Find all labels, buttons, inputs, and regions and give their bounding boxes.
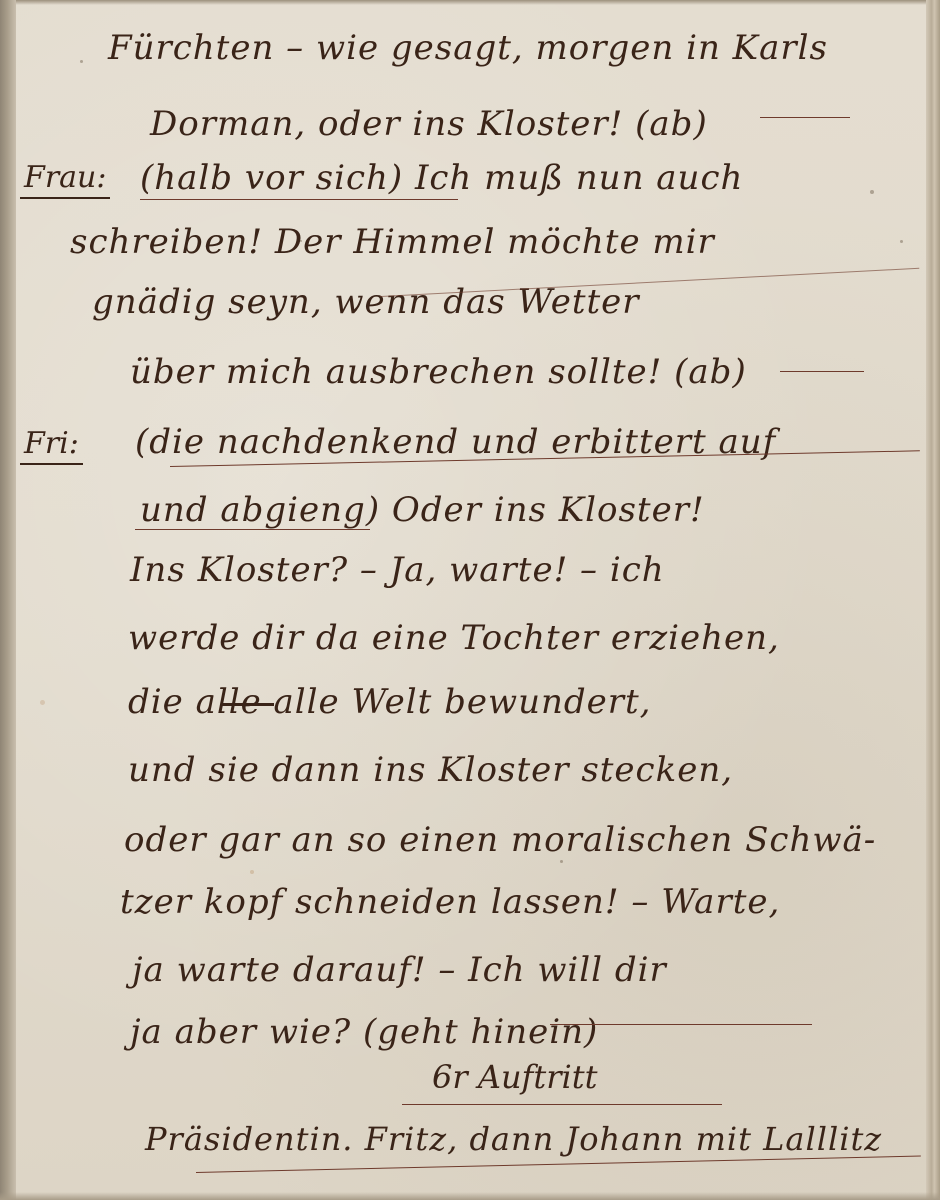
cast-list-rule [196,1156,921,1173]
line-text: tzer kopf schneiden lassen! – Warte, [120,882,780,922]
page-bottom-edge [0,1192,940,1200]
line-text: oder gar an so einen moralischen Schwä- [124,820,876,860]
speaker-label-frau: Frau: [20,160,110,199]
cast-list-text: Präsidentin. Fritz, dann Johann mit Lall… [145,1120,882,1158]
strikethrough-mark [222,703,274,706]
paper-speck [80,60,83,63]
line-text: ja warte darauf! – Ich will dir [132,950,667,990]
manuscript-line: und sie dann ins Kloster stecken, [128,750,733,790]
page-top-edge [0,0,940,5]
manuscript-line: ja warte darauf! – Ich will dir [132,950,667,990]
manuscript-line: schreiben! Der Himmel möchte mir [70,222,715,262]
line-text: und sie dann ins Kloster stecken, [128,750,733,790]
manuscript-line: Dorman, oder ins Kloster! (ab) [150,104,708,144]
scene-heading-rule [402,1104,722,1105]
paper-speck [560,860,563,863]
manuscript-line: Ins Kloster? – Ja, warte! – ich [130,550,665,590]
manuscript-line: und abgieng) Oder ins Kloster! [140,490,705,530]
line-text: (halb vor sich) Ich muß nun auch [140,158,743,198]
line-text: ja aber wie? (geht hinein) [130,1012,598,1052]
line-text: Fürchten – wie gesagt, morgen in Karls [108,28,828,68]
underline-ab [760,117,850,118]
line-text: die alle alle Welt bewundert, [128,682,652,722]
underline-stage-direction [550,1024,812,1025]
manuscript-line: oder gar an so einen moralischen Schwä- [124,820,876,860]
scene-heading: 6r Auftritt [432,1058,598,1096]
cast-list-line: Präsidentin. Fritz, dann Johann mit Lall… [145,1120,882,1158]
line-text: über mich ausbrechen sollte! (ab) [130,352,747,392]
speaker-label-fri: Fri: [20,426,83,465]
line-text: werde dir da eine Tochter erziehen, [128,618,780,658]
manuscript-line: über mich ausbrechen sollte! (ab) [130,352,747,392]
page-stack-edge [926,0,940,1200]
line-text: Ins Kloster? – Ja, warte! – ich [130,550,665,590]
underline-stage-direction [135,529,370,530]
underline-ab [780,371,864,372]
manuscript-line: die alle alle Welt bewundert, [128,682,652,722]
paper-speck [870,190,874,194]
manuscript-line: Fürchten – wie gesagt, morgen in Karls [108,28,828,68]
paper-stain [40,700,45,705]
line-text: Dorman, oder ins Kloster! (ab) [150,104,708,144]
paper-stain [250,870,254,874]
manuscript-line: tzer kopf schneiden lassen! – Warte, [120,882,780,922]
binding-shadow [0,0,16,1200]
underline-stage-direction [140,199,458,200]
manuscript-page: Fürchten – wie gesagt, morgen in Karls D… [0,0,940,1200]
line-text: und abgieng) Oder ins Kloster! [140,490,705,530]
manuscript-line: gnädig seyn, wenn das Wetter [92,282,640,322]
manuscript-line: (halb vor sich) Ich muß nun auch [140,158,743,198]
manuscript-line: werde dir da eine Tochter erziehen, [128,618,780,658]
line-text: gnädig seyn, wenn das Wetter [92,282,640,322]
line-text: schreiben! Der Himmel möchte mir [70,222,715,262]
manuscript-line: ja aber wie? (geht hinein) [130,1012,598,1052]
paper-speck [900,240,903,243]
